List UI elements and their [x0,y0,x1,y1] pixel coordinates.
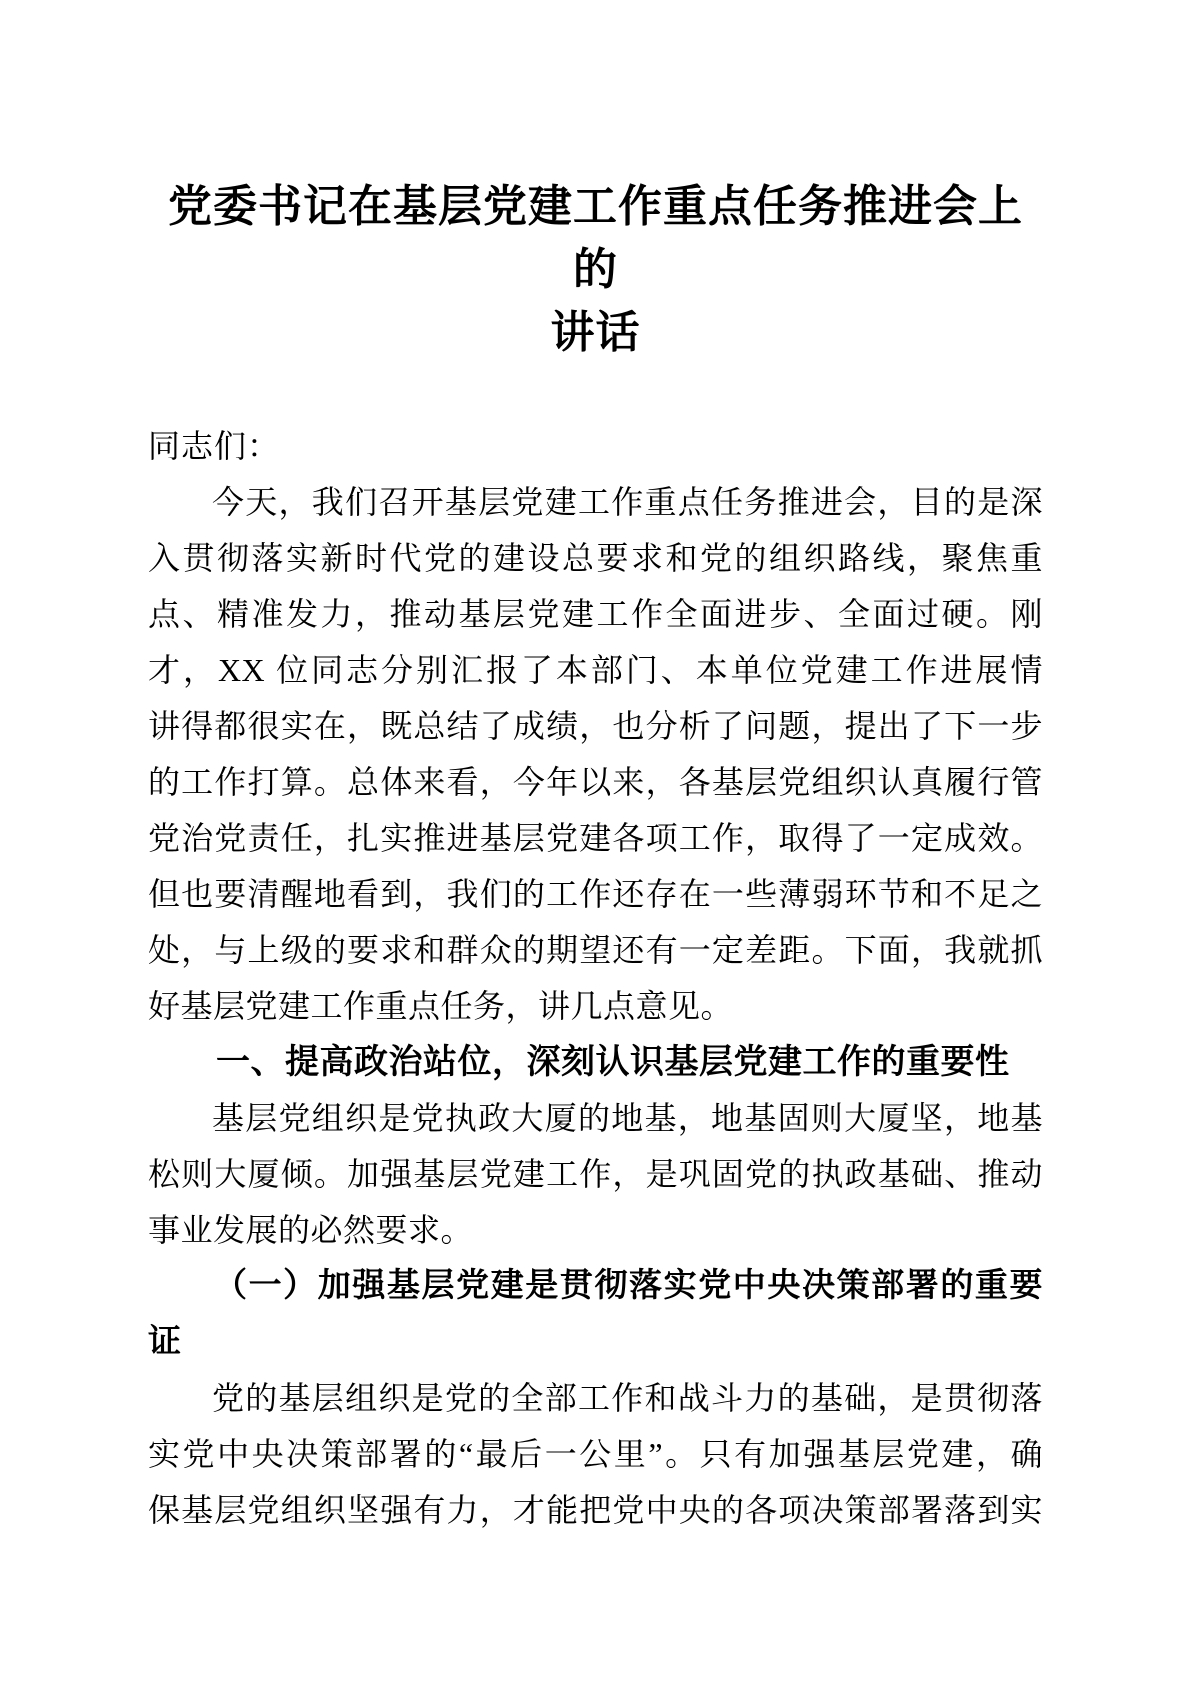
text-line: 讲得都很实在，既总结了成绩，也分析了问题，提出了下一步 [148,698,1043,754]
text-line: 证 [148,1314,1043,1370]
text-line: 才，XX 位同志分别汇报了本部门、本单位党建工作进展情况， [148,642,1043,698]
text-line: 实党中央决策部署的“最后一公里”。只有加强基层党建，确 [148,1426,1043,1482]
text-line: 入贯彻落实新时代党的建设总要求和党的组织路线，聚焦重 [148,530,1043,586]
text-line: （一）加强基层党建是贯彻落实党中央决策部署的重要保 [148,1258,1043,1314]
text-line: 一、提高政治站位，深刻认识基层党建工作的重要性 [148,1034,1043,1090]
paragraph: 党的基层组织是党的全部工作和战斗力的基础，是贯彻落实党中央决策部署的“最后一公里… [148,1370,1043,1538]
text-line: 党的基层组织是党的全部工作和战斗力的基础，是贯彻落 [148,1370,1043,1426]
text-line: 同志们： [148,418,1043,474]
text-line: 的工作打算。总体来看，今年以来，各基层党组织认真履行管 [148,754,1043,810]
subsection-heading: （一）加强基层党建是贯彻落实党中央决策部署的重要保证 [148,1258,1043,1370]
document-page: 党委书记在基层党建工作重点任务推进会上的讲话 同志们：今天，我们召开基层党建工作… [0,0,1190,1683]
salutation: 同志们： [148,418,1043,474]
text-line: 事业发展的必然要求。 [148,1202,1043,1258]
paragraph: 今天，我们召开基层党建工作重点任务推进会，目的是深入贯彻落实新时代党的建设总要求… [148,474,1043,1034]
text-line: 松则大厦倾。加强基层党建工作，是巩固党的执政基础、推动 [148,1146,1043,1202]
document-title: 党委书记在基层党建工作重点任务推进会上的讲话 [148,175,1043,364]
text-line: 处，与上级的要求和群众的期望还有一定差距。下面，我就抓 [148,922,1043,978]
text-line: 党治党责任，扎实推进基层党建各项工作，取得了一定成效。 [148,810,1043,866]
text-line: 好基层党建工作重点任务，讲几点意见。 [148,978,1043,1034]
paragraph: 基层党组织是党执政大厦的地基，地基固则大厦坚，地基松则大厦倾。加强基层党建工作，… [148,1090,1043,1258]
section-heading: 一、提高政治站位，深刻认识基层党建工作的重要性 [148,1034,1043,1090]
text-line: 今天，我们召开基层党建工作重点任务推进会，目的是深 [148,474,1043,530]
title-line: 讲话 [148,301,1043,364]
text-line: 点、精准发力，推动基层党建工作全面进步、全面过硬。刚 [148,586,1043,642]
text-line: 但也要清醒地看到，我们的工作还存在一些薄弱环节和不足之 [148,866,1043,922]
text-line: 基层党组织是党执政大厦的地基，地基固则大厦坚，地基 [148,1090,1043,1146]
document-body: 同志们：今天，我们召开基层党建工作重点任务推进会，目的是深入贯彻落实新时代党的建… [148,418,1043,1538]
text-line: 保基层党组织坚强有力，才能把党中央的各项决策部署落到实 [148,1482,1043,1538]
title-line: 党委书记在基层党建工作重点任务推进会上的 [148,175,1043,301]
